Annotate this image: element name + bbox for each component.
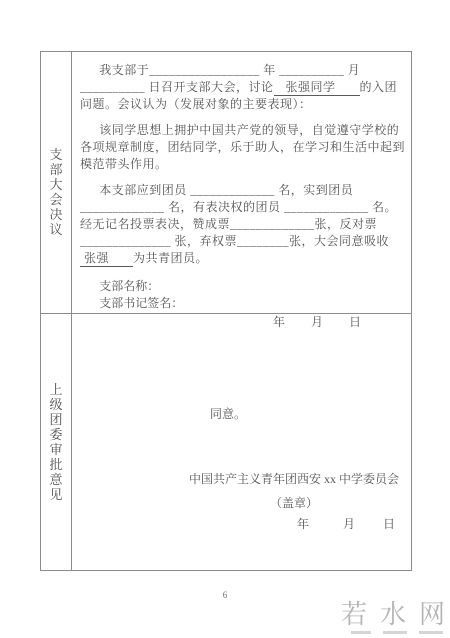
watermark-tagline-segment — [383, 631, 407, 634]
watermark-tagline — [341, 631, 445, 634]
approval-date-year: 年 — [297, 517, 309, 531]
vote-text-1: 本支部应到团员 _____________ 名，实到团员 ___________… — [80, 183, 397, 248]
branch-resolution-row: 支部大会决议 我支部于_________________ 年 _________… — [41, 52, 411, 314]
approval-date-day: 日 — [383, 517, 395, 531]
branch-resolution-label-cell: 支部大会决议 — [41, 52, 72, 313]
branch-name-label: 支部名称： — [80, 278, 405, 295]
approval-signature-block: 中国共产主义青年团西安 xx 中学委员会 （盖章） 年月日 — [189, 471, 399, 533]
branch-resolution-vertical-label: 支部大会决议 — [49, 147, 62, 237]
membership-form-table: 支部大会决议 我支部于_________________ 年 _________… — [40, 51, 412, 571]
vote-result-paragraph: 本支部应到团员 _____________ 名，实到团员 ___________… — [80, 182, 405, 267]
committee-approval-content: 同意。 中国共产主义青年团西安 xx 中学委员会 （盖章） 年月日 — [72, 314, 411, 570]
watermark-logo-text: 若水网 — [341, 601, 450, 627]
approval-agree-text: 同意。 — [210, 406, 246, 423]
candidate-name-underlined: 张强同学 — [274, 80, 360, 96]
seal-note: （盖章） — [270, 495, 318, 512]
admitted-name-underlined: 张强 — [80, 251, 133, 267]
watermark: 若水网 — [341, 601, 445, 634]
performance-paragraph: 该同学思想上拥护中国共产党的领导，自觉遵守学校的各项规章制度，团结同学，乐于助人… — [80, 122, 405, 173]
committee-approval-vertical-label: 上级团委审批意见 — [49, 382, 62, 502]
watermark-tagline-segment — [351, 631, 371, 634]
committee-approval-label-cell: 上级团委审批意见 — [41, 314, 72, 570]
meeting-intro-paragraph: 我支部于_________________ 年 __________ 月 ___… — [80, 62, 405, 113]
scanned-form-page: 支部大会决议 我支部于_________________ 年 _________… — [0, 0, 450, 638]
vote-text-2: 为共青团员。 — [133, 251, 208, 265]
approval-date-line: 年月日 — [297, 516, 399, 533]
committee-name: 中国共产主义青年团西安 xx 中学委员会 — [189, 471, 399, 488]
approval-date-month: 月 — [343, 517, 355, 531]
committee-approval-row: 上级团委审批意见 同意。 中国共产主义青年团西安 xx 中学委员会 （盖章） 年… — [41, 314, 411, 570]
secretary-signature-label: 支部书记签名： — [80, 295, 405, 312]
watermark-tagline-segment — [419, 631, 443, 634]
branch-resolution-content: 我支部于_________________ 年 __________ 月 ___… — [72, 52, 411, 313]
